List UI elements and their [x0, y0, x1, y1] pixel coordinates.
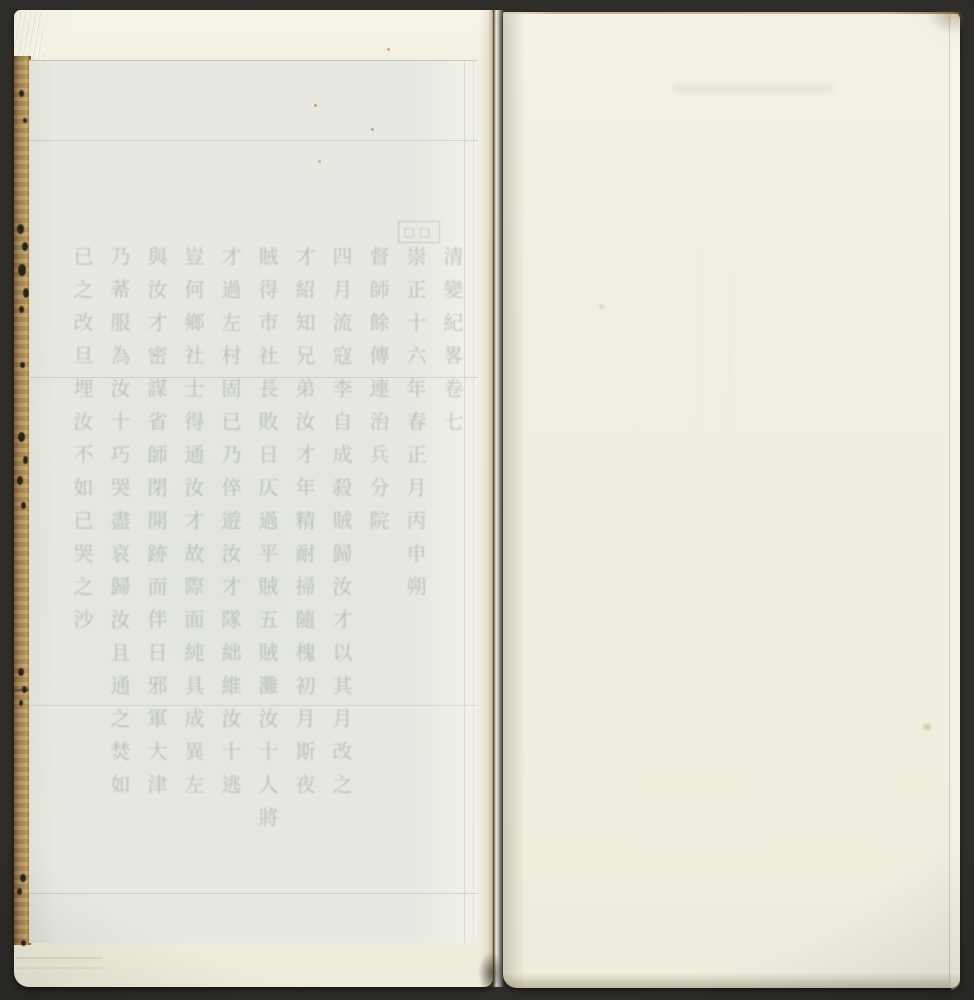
- ink-speckle: [20, 874, 26, 882]
- foxing-fleck: [387, 48, 390, 51]
- paper-streak: [673, 84, 833, 93]
- gutter-bottom-shadow: [477, 949, 505, 989]
- volume-label-box: □□: [398, 221, 440, 243]
- left-page-sheet: □□ 清變紀畧卷七崇正十六年春正月丙申朔督師餘傳連治兵分院四月流寇李自成殺賊歸汝…: [29, 60, 478, 943]
- ink-speckle: [19, 306, 24, 313]
- paper-streak: [698, 252, 700, 672]
- ink-speckle: [17, 888, 22, 895]
- text-column: 督師餘傳連治兵分院: [359, 246, 396, 898]
- text-column: 賊得市社長敗日仄過平賊五賊灘汝十人將: [248, 246, 285, 898]
- volume-label-text: □□: [404, 225, 435, 239]
- text-column: 才過左村固已乃倅遊汝才隊絀維汝十逃: [211, 246, 248, 898]
- ink-speckle: [19, 90, 24, 97]
- stain: [923, 724, 931, 730]
- foxing-fleck: [314, 104, 317, 107]
- ink-speckle: [18, 668, 24, 676]
- ink-speckle: [23, 456, 28, 464]
- text-column: 四月流寇李自成殺賊歸汝才以其月改之: [322, 246, 359, 898]
- paper-streak: [729, 272, 731, 652]
- text-column: 才紹知兄弟汝才年精耐掃隨槐初月斯夜: [285, 246, 322, 898]
- book-gutter: [479, 10, 504, 987]
- paper-crease: [29, 140, 478, 141]
- ink-speckle: [21, 502, 26, 509]
- ink-speckle: [18, 264, 26, 276]
- ink-speckle: [21, 940, 26, 946]
- foxing-fleck: [318, 160, 321, 163]
- text-column: 清變紀畧卷七: [433, 246, 470, 898]
- foxing-fleck: [371, 128, 374, 131]
- page-edge-hairline: [949, 16, 950, 982]
- spine-shadow: [503, 12, 525, 988]
- faint-text-columns: 清變紀畧卷七崇正十六年春正月丙申朔督師餘傳連治兵分院四月流寇李自成殺賊歸汝才以其…: [58, 246, 470, 898]
- ink-speckle: [20, 362, 25, 368]
- text-column: 已之改旦埋汝不如已哭之沙: [63, 246, 100, 898]
- ink-speckle: [18, 432, 25, 442]
- text-column: 崇正十六年春正月丙申朔: [396, 246, 433, 898]
- ink-speckle: [22, 242, 28, 251]
- right-page-top-edge: [503, 12, 960, 14]
- bottom-shadow: [503, 973, 960, 988]
- text-column: 與汝才密謀省師閉開跡而伴日邪軍大津: [137, 246, 174, 898]
- page-stack-edges-bottom: [16, 948, 102, 978]
- ink-speckle: [23, 118, 27, 123]
- text-column: 乃莃服為汝十巧哭盡哀歸汝且通之焚如: [100, 246, 137, 898]
- ink-speckle: [19, 700, 23, 706]
- right-page: [503, 12, 960, 988]
- ink-speckle: [17, 476, 23, 485]
- page-edge-band: [951, 14, 960, 990]
- text-column: 豈何鄉社士得通汝才故際面純具成異左: [174, 246, 211, 898]
- ink-speckle: [17, 224, 24, 234]
- book-scan-photo: □□ 清變紀畧卷七崇正十六年春正月丙申朔督師餘傳連治兵分院四月流寇李自成殺賊歸汝…: [0, 0, 974, 1000]
- stain: [599, 304, 604, 309]
- paper-fold-line: [473, 60, 474, 943]
- left-page: □□ 清變紀畧卷七崇正十六年春正月丙申朔督師餘傳連治兵分院四月流寇李自成殺賊歸汝…: [14, 10, 493, 987]
